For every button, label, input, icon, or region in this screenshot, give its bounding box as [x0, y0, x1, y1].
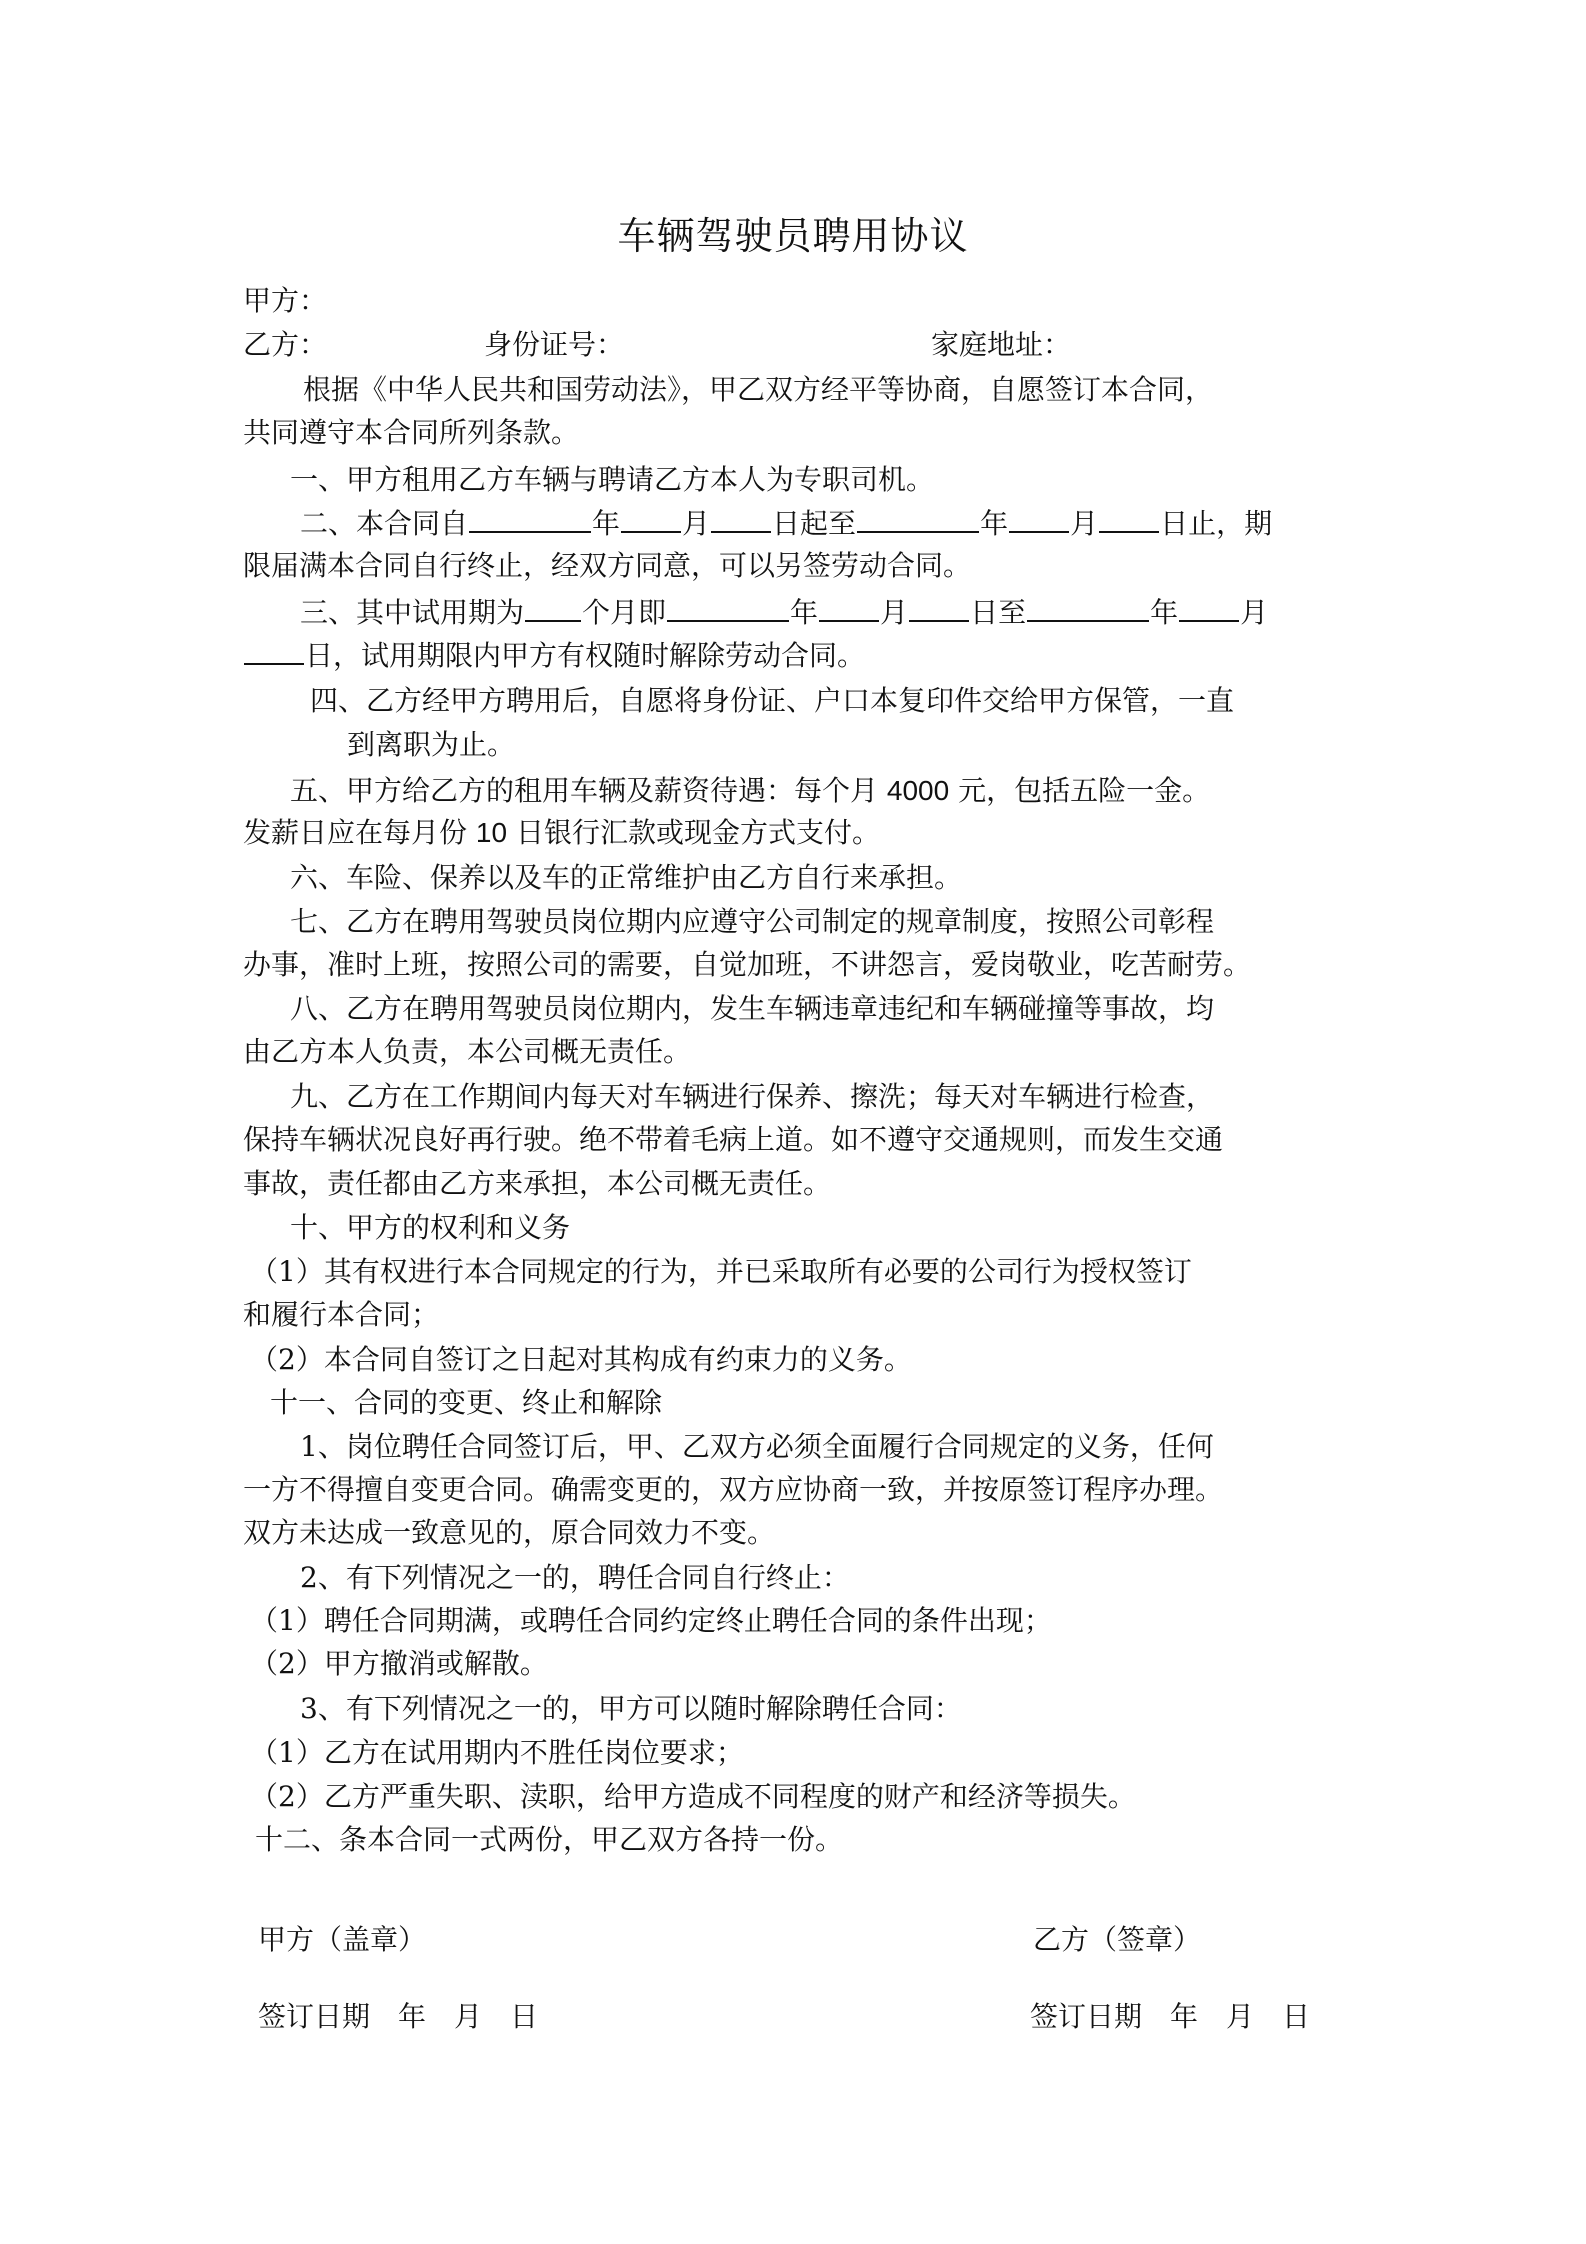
party-b-row: 乙方： 身份证号： 家庭地址： [243, 327, 327, 363]
clause-10-item-2: （2）本合同自签订之日起对其构成有约束力的义务。 [250, 1342, 912, 1378]
start-day-blank[interactable] [711, 505, 771, 533]
clause-10-item-1-line-2: 和履行本合同； [243, 1297, 439, 1333]
clause-6: 六、车险、保养以及车的正常维护由乙方自行来承担。 [290, 860, 962, 896]
clause-8-line-2: 由乙方本人负责，本公司概无责任。 [243, 1034, 691, 1070]
payday-value: 10 [476, 817, 507, 848]
clause-1: 一、甲方租用乙方车辆与聘请乙方本人为专职司机。 [290, 462, 934, 498]
home-address-label: 家庭地址： [931, 327, 1071, 363]
probation-end-month-blank[interactable] [1179, 594, 1239, 622]
clause-5-line-1: 五、甲方给乙方的租用车辆及薪资待遇：每个月 4000 元，包括五险一金。 [290, 773, 1210, 809]
party-b-sign-label: 乙方（签章） [1033, 1918, 1201, 1958]
clause-3-line-2: 日，试用期限内甲方有权随时解除劳动合同。 [243, 637, 865, 674]
clause-11-p2-item-1: （1）聘任合同期满，或聘任合同约定终止聘任合同的条件出现； [250, 1603, 1052, 1639]
clause-11-p2: 2、有下列情况之一的，聘任合同自行终止： [300, 1560, 850, 1596]
party-a-sign-date: 签订日期 年 月 日 [258, 1995, 538, 2035]
party-b-label: 乙方： [243, 328, 327, 361]
probation-start-day-blank[interactable] [909, 594, 969, 622]
clause-2-line-2: 限届满本合同自行终止，经双方同意，可以另签劳动合同。 [243, 548, 971, 584]
probation-end-year-blank[interactable] [1027, 594, 1149, 622]
clause-7-line-1: 七、乙方在聘用驾驶员岗位期内应遵守公司制定的规章制度，按照公司彰程 [290, 904, 1214, 940]
clause-11-p2-item-2: （2）甲方撤消或解散。 [250, 1646, 548, 1682]
clause-5-line-2: 发薪日应在每月份 10 日银行汇款或现金方式支付。 [243, 815, 880, 851]
clause-11-p3-item-2: （2）乙方严重失职、渎职，给甲方造成不同程度的财产和经济等损失。 [250, 1779, 1136, 1815]
clause-3-line-1: 三、其中试用期为个月即年月日至年月 [300, 594, 1268, 631]
party-b-sign-date: 签订日期 年 月 日 [1030, 1995, 1310, 2035]
clause-9-line-2: 保持车辆状况良好再行驶。绝不带着毛病上道。如不遵守交通规则，而发生交通 [243, 1122, 1223, 1158]
clause-9-line-1: 九、乙方在工作期间内每天对车辆进行保养、擦洗；每天对车辆进行检查， [290, 1079, 1214, 1115]
end-month-blank[interactable] [1009, 505, 1069, 533]
probation-start-month-blank[interactable] [819, 594, 879, 622]
clause-11-p1-line-3: 双方未达成一致意见的，原合同效力不变。 [243, 1515, 775, 1551]
clause-9-line-3: 事故，责任都由乙方来承担，本公司概无责任。 [243, 1166, 831, 1202]
document-title: 车辆驾驶员聘用协议 [0, 205, 1586, 260]
clause-11-p3: 3、有下列情况之一的，甲方可以随时解除聘任合同： [300, 1691, 962, 1727]
start-month-blank[interactable] [621, 505, 681, 533]
probation-end-day-blank[interactable] [244, 637, 304, 665]
clause-8-line-1: 八、乙方在聘用驾驶员岗位期内，发生车辆违章违纪和车辆碰撞等事故，均 [290, 991, 1214, 1027]
preamble-line-1: 根据《中华人民共和国劳动法》，甲乙双方经平等协商，自愿签订本合同， [303, 372, 1213, 408]
preamble-line-2: 共同遵守本合同所列条款。 [243, 415, 579, 451]
start-year-blank[interactable] [469, 505, 591, 533]
clause-11-p3-item-1: （1）乙方在试用期内不胜任岗位要求； [250, 1735, 744, 1771]
clause-4-line-1: 四、乙方经甲方聘用后，自愿将身份证、户口本复印件交给甲方保管，一直 [310, 683, 1234, 719]
probation-months-blank[interactable] [525, 594, 581, 622]
id-number-label: 身份证号： [484, 327, 624, 363]
probation-start-year-blank[interactable] [667, 594, 789, 622]
end-year-blank[interactable] [857, 505, 979, 533]
party-a-seal-label: 甲方（盖章） [258, 1918, 426, 1958]
party-a-label: 甲方： [243, 283, 327, 319]
clause-11-p1-line-1: 1、岗位聘任合同签订后，甲、乙双方必须全面履行合同规定的义务，任何 [300, 1429, 1214, 1465]
clause-7-line-2: 办事，准时上班，按照公司的需要，自觉加班，不讲怨言，爱岗敬业，吃苦耐劳。 [243, 947, 1251, 983]
clause-11-p1-line-2: 一方不得擅自变更合同。确需变更的，双方应协商一致，并按原签订程序办理。 [243, 1472, 1223, 1508]
clause-10-item-1-line-1: （1）其有权进行本合同规定的行为，并已采取所有必要的公司行为授权签订 [250, 1254, 1192, 1290]
clause-10-heading: 十、甲方的权利和义务 [290, 1210, 570, 1246]
clause-4-line-2: 到离职为止。 [347, 727, 515, 763]
contract-page: 车辆驾驶员聘用协议 甲方： 乙方： 身份证号： 家庭地址： 根据《中华人民共和国… [0, 0, 1586, 2244]
clause-2-line-1: 二、本合同自年月日起至年月日止，期 [300, 505, 1272, 542]
end-day-blank[interactable] [1099, 505, 1159, 533]
salary-amount: 4000 [887, 775, 949, 806]
clause-11-heading: 十一、合同的变更、终止和解除 [270, 1385, 662, 1421]
clause-12: 十二、条本合同一式两份，甲乙双方各持一份。 [255, 1822, 843, 1858]
